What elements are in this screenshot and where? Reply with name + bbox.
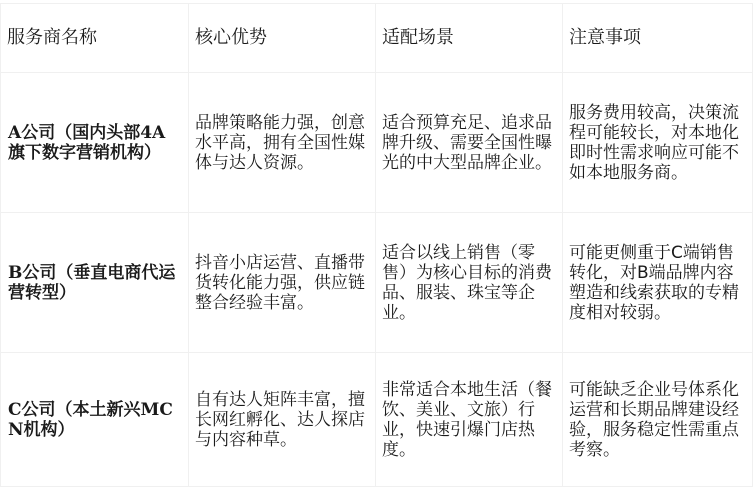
header-cell-scenario: 适配场景 <box>376 4 563 73</box>
notes-cell: 服务费用较高，决策流程可能较长，对本地化即时性需求响应可能不如本地服务商。 <box>563 73 753 213</box>
header-cell-advantage: 核心优势 <box>189 4 376 73</box>
comparison-table: 服务商名称 核心优势 适配场景 注意事项 A公司（国内头部4A旗下数字营销机构）… <box>0 3 753 487</box>
table-row: C公司（本土新兴MCN机构） 自有达人矩阵丰富，擅长网红孵化、达人探店与内容种草… <box>1 353 753 487</box>
notes-cell: 可能缺乏企业号体系化运营和长期品牌建设经验，服务稳定性需重点考察。 <box>563 353 753 487</box>
header-cell-notes: 注意事项 <box>563 4 753 73</box>
advantage-cell: 品牌策略能力强，创意水平高，拥有全国性媒体与达人资源。 <box>189 73 376 213</box>
scenario-cell: 适合预算充足、追求品牌升级、需要全国性曝光的中大型品牌企业。 <box>376 73 563 213</box>
table-row: B公司（垂直电商代运营转型） 抖音小店运营、直播带货转化能力强，供应链整合经验丰… <box>1 213 753 353</box>
notes-cell: 可能更侧重于C端销售转化，对B端品牌内容塑造和线索获取的专精度相对较弱。 <box>563 213 753 353</box>
scenario-cell: 适合以线上销售（零售）为核心目标的消费品、服装、珠宝等企业。 <box>376 213 563 353</box>
provider-name-cell: A公司（国内头部4A旗下数字营销机构） <box>1 73 189 213</box>
provider-name-cell: C公司（本土新兴MCN机构） <box>1 353 189 487</box>
advantage-cell: 自有达人矩阵丰富，擅长网红孵化、达人探店与内容种草。 <box>189 353 376 487</box>
header-cell-name: 服务商名称 <box>1 4 189 73</box>
provider-name-cell: B公司（垂直电商代运营转型） <box>1 213 189 353</box>
advantage-cell: 抖音小店运营、直播带货转化能力强，供应链整合经验丰富。 <box>189 213 376 353</box>
table-header-row: 服务商名称 核心优势 适配场景 注意事项 <box>1 4 753 73</box>
table-row: A公司（国内头部4A旗下数字营销机构） 品牌策略能力强，创意水平高，拥有全国性媒… <box>1 73 753 213</box>
scenario-cell: 非常适合本地生活（餐饮、美业、文旅）行业，快速引爆门店热度。 <box>376 353 563 487</box>
